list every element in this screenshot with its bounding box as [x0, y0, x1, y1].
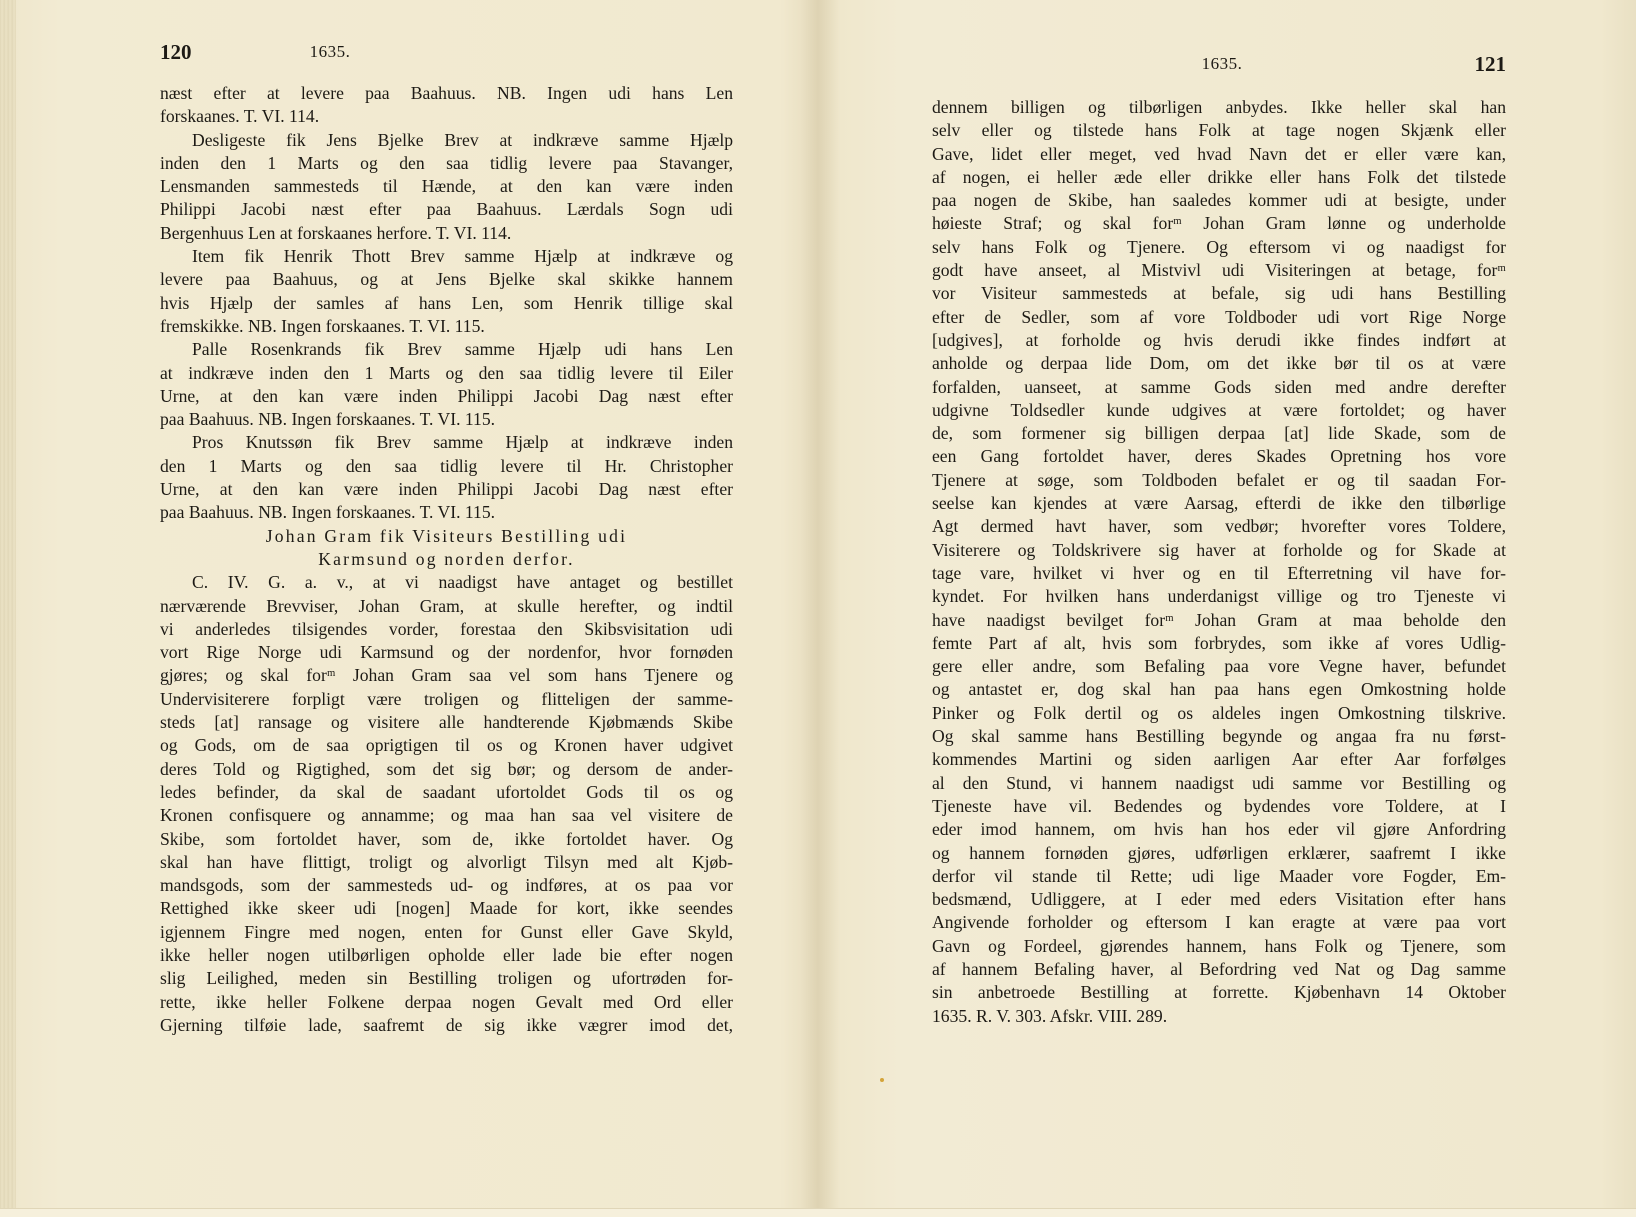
text-line: femte Part af alt, hvis som forbrydes, s…	[932, 632, 1506, 655]
text-line: høieste Straf; og skal forᵐ Johan Gram l…	[932, 212, 1506, 235]
text-line: kyndet. For hvilken hans underdanigst vi…	[932, 585, 1506, 608]
text-line: forfalden, uanseet, at samme Gods siden …	[932, 376, 1506, 399]
text-line: Bergenhuus Len at forskaanes herfore. T.…	[160, 222, 733, 245]
text-line: gere eller andre, som Befaling paa vore …	[932, 655, 1506, 678]
left-page: 120 1635. næst efter at levere paa Baahu…	[160, 0, 733, 1037]
text-line: gjøres; og skal forᵐ Johan Gram saa vel …	[160, 664, 733, 687]
text-line: skal han have flittigt, troligt og alvor…	[160, 851, 733, 874]
text-line: af hannem Befaling haver, al Befordring …	[932, 958, 1506, 981]
text-line: Pros Knutssøn fik Brev samme Hjælp at in…	[160, 431, 733, 454]
text-line: al den Stund, vi hannem naadigst udi sam…	[932, 772, 1506, 795]
text-line: godt have anseet, al Mistvivl udi Visite…	[932, 259, 1506, 282]
text-line: dennem billigen og tilbørligen anbydes. …	[932, 96, 1506, 119]
text-line: Undervisiterere forpligt være troligen o…	[160, 688, 733, 711]
text-line: Karmsund og norden derfor.	[160, 548, 733, 571]
text-line: at indkræve inden den 1 Marts og den saa…	[160, 362, 733, 385]
text-line: selv eller og tilstede hans Folk at tage…	[932, 119, 1506, 142]
text-line: Tjeneste have vil. Bedendes og bydendes …	[932, 795, 1506, 818]
right-page-body: dennem billigen og tilbørligen anbydes. …	[932, 96, 1506, 1028]
left-page-header: 120 1635.	[160, 40, 733, 80]
text-line: Gave, lidet eller meget, ved hvad Navn d…	[932, 143, 1506, 166]
text-line: tage vare, hvilket vi hver og en til Eft…	[932, 562, 1506, 585]
text-line: Pinker og Folk dertil og os aldeles inge…	[932, 702, 1506, 725]
text-line: bedsmænd, Udliggere, at I eder med eders…	[932, 888, 1506, 911]
text-line: inden den 1 Marts og den saa tidlig leve…	[160, 152, 733, 175]
running-head-year: 1635.	[220, 42, 440, 62]
text-line: Agt dermed havt haver, som vedbør; hvore…	[932, 515, 1506, 538]
text-line: paa nogen de Skibe, han saaledes kommer …	[932, 189, 1506, 212]
text-line: kommendes Martini og siden aarligen Aar …	[932, 748, 1506, 771]
text-line: Johan Gram fik Visiteurs Bestilling udi	[160, 525, 733, 548]
text-line: paa Baahuus. NB. Ingen forskaanes. T. VI…	[160, 501, 733, 524]
text-line: Lensmanden sammesteds til Hænde, at den …	[160, 175, 733, 198]
page-number: 120	[160, 40, 192, 65]
text-line: anholde og derpaa lide Dom, om det ikke …	[932, 352, 1506, 375]
text-line: næst efter at levere paa Baahuus. NB. In…	[160, 82, 733, 105]
text-line: mandsgods, som der sammesteds ud- og ind…	[160, 874, 733, 897]
text-line: fremskikke. NB. Ingen forskaanes. T. VI.…	[160, 315, 733, 338]
text-line: paa Baahuus. NB. Ingen forskaanes. T. VI…	[160, 408, 733, 431]
text-line: have naadigst bevilget forᵐ Johan Gram a…	[932, 609, 1506, 632]
text-line: derfor vil stande til Rette; udi lige Ma…	[932, 865, 1506, 888]
text-line: udgivne Toldsedler kunde udgives at være…	[932, 399, 1506, 422]
text-line: Kronen confisquere og annamme; og maa ha…	[160, 804, 733, 827]
text-line: Gavn og Fordeel, gjørendes hannem, hans …	[932, 935, 1506, 958]
text-line: Rettighed ikke skeer udi [nogen] Maade f…	[160, 897, 733, 920]
text-line: vort Rige Norge udi Karmsund og der nord…	[160, 641, 733, 664]
text-line: levere paa Baahuus, og at Jens Bjelke sk…	[160, 268, 733, 291]
text-line: Philippi Jacobi næst efter paa Baahuus. …	[160, 198, 733, 221]
text-line: Urne, at den kan være inden Philippi Jac…	[160, 385, 733, 408]
text-line: selv hans Folk og Tjenere. Og eftersom v…	[932, 236, 1506, 259]
running-head-year: 1635.	[1162, 54, 1282, 74]
text-line: een Gang fortoldet haver, deres Skades O…	[932, 445, 1506, 468]
text-line: rette, ikke heller Folkene derpaa nogen …	[160, 991, 733, 1014]
text-line: den 1 Marts og den saa tidlig levere til…	[160, 455, 733, 478]
text-line: Gjerning tilføie lade, saafremt de sig i…	[160, 1014, 733, 1037]
text-line: hvis Hjælp der samles af hans Len, som H…	[160, 292, 733, 315]
text-line: eder imod hannem, om hvis han hos eder v…	[932, 818, 1506, 841]
text-line: Item fik Henrik Thott Brev samme Hjælp a…	[160, 245, 733, 268]
text-line: forskaanes. T. VI. 114.	[160, 105, 733, 128]
text-line: Visiterere og Toldskrivere sig haver at …	[932, 539, 1506, 562]
text-line: sin anbetroede Bestilling at forrette. K…	[932, 981, 1506, 1004]
text-line: efter de Sedler, som af vore Toldboder u…	[932, 306, 1506, 329]
text-line: Desligeste fik Jens Bjelke Brev at indkr…	[160, 129, 733, 152]
left-page-body: næst efter at levere paa Baahuus. NB. In…	[160, 82, 733, 1037]
page-number: 121	[1475, 52, 1507, 77]
page-edge-left	[0, 0, 16, 1217]
text-line: Angivende forholder og eftersom I kan er…	[932, 911, 1506, 934]
text-line: 1635. R. V. 303. Afskr. VIII. 289.	[932, 1005, 1506, 1028]
text-line: vi anderledes tilsigendes vorder, forest…	[160, 618, 733, 641]
text-line: C. IV. G. a. v., at vi naadigst have ant…	[160, 571, 733, 594]
paper-speck	[880, 1078, 884, 1082]
book-gutter	[800, 0, 840, 1217]
text-line: og Gods, om de saa oprigtigen til os og …	[160, 734, 733, 757]
text-line: Tjenere at søge, som Toldboden befalet e…	[932, 469, 1506, 492]
text-line: deres Told og Rigtighed, som det sig bør…	[160, 758, 733, 781]
text-line: vor Visiteur sammesteds at befale, sig u…	[932, 282, 1506, 305]
text-line: Skibe, som fortoldet haver, som de, ikke…	[160, 828, 733, 851]
text-line: og antastet er, dog skal han paa hans eg…	[932, 678, 1506, 701]
text-line: igjennem Fingre med nogen, enten for Gun…	[160, 921, 733, 944]
text-line: [udgives], at forholde og hvis derudi ik…	[932, 329, 1506, 352]
text-line: og hannem fornøden gjøres, udførligen er…	[932, 842, 1506, 865]
text-line: ledes befinder, da skal de saadant ufort…	[160, 781, 733, 804]
text-line: nærværende Brevviser, Johan Gram, at sku…	[160, 595, 733, 618]
right-page-header: 1635. 121	[932, 52, 1506, 92]
text-line: de, som formener sig billigen derpaa [at…	[932, 422, 1506, 445]
right-page: 1635. 121 dennem billigen og tilbørligen…	[932, 0, 1506, 1028]
text-line: slig Leilighed, meden sin Bestilling tro…	[160, 967, 733, 990]
text-line: seelse kan kjendes at være Aarsag, efter…	[932, 492, 1506, 515]
text-line: af nogen, ei heller æde eller drikke ell…	[932, 166, 1506, 189]
text-line: steds [at] ransage og visitere alle hand…	[160, 711, 733, 734]
page-edge-bottom	[0, 1208, 1636, 1217]
text-line: Og skal samme hans Bestilling begynde og…	[932, 725, 1506, 748]
book-spread: 120 1635. næst efter at levere paa Baahu…	[0, 0, 1636, 1217]
text-line: Urne, at den kan være inden Philippi Jac…	[160, 478, 733, 501]
text-line: Palle Rosenkrands fik Brev samme Hjælp u…	[160, 338, 733, 361]
text-line: ikke heller nogen utilbørligen opholde e…	[160, 944, 733, 967]
